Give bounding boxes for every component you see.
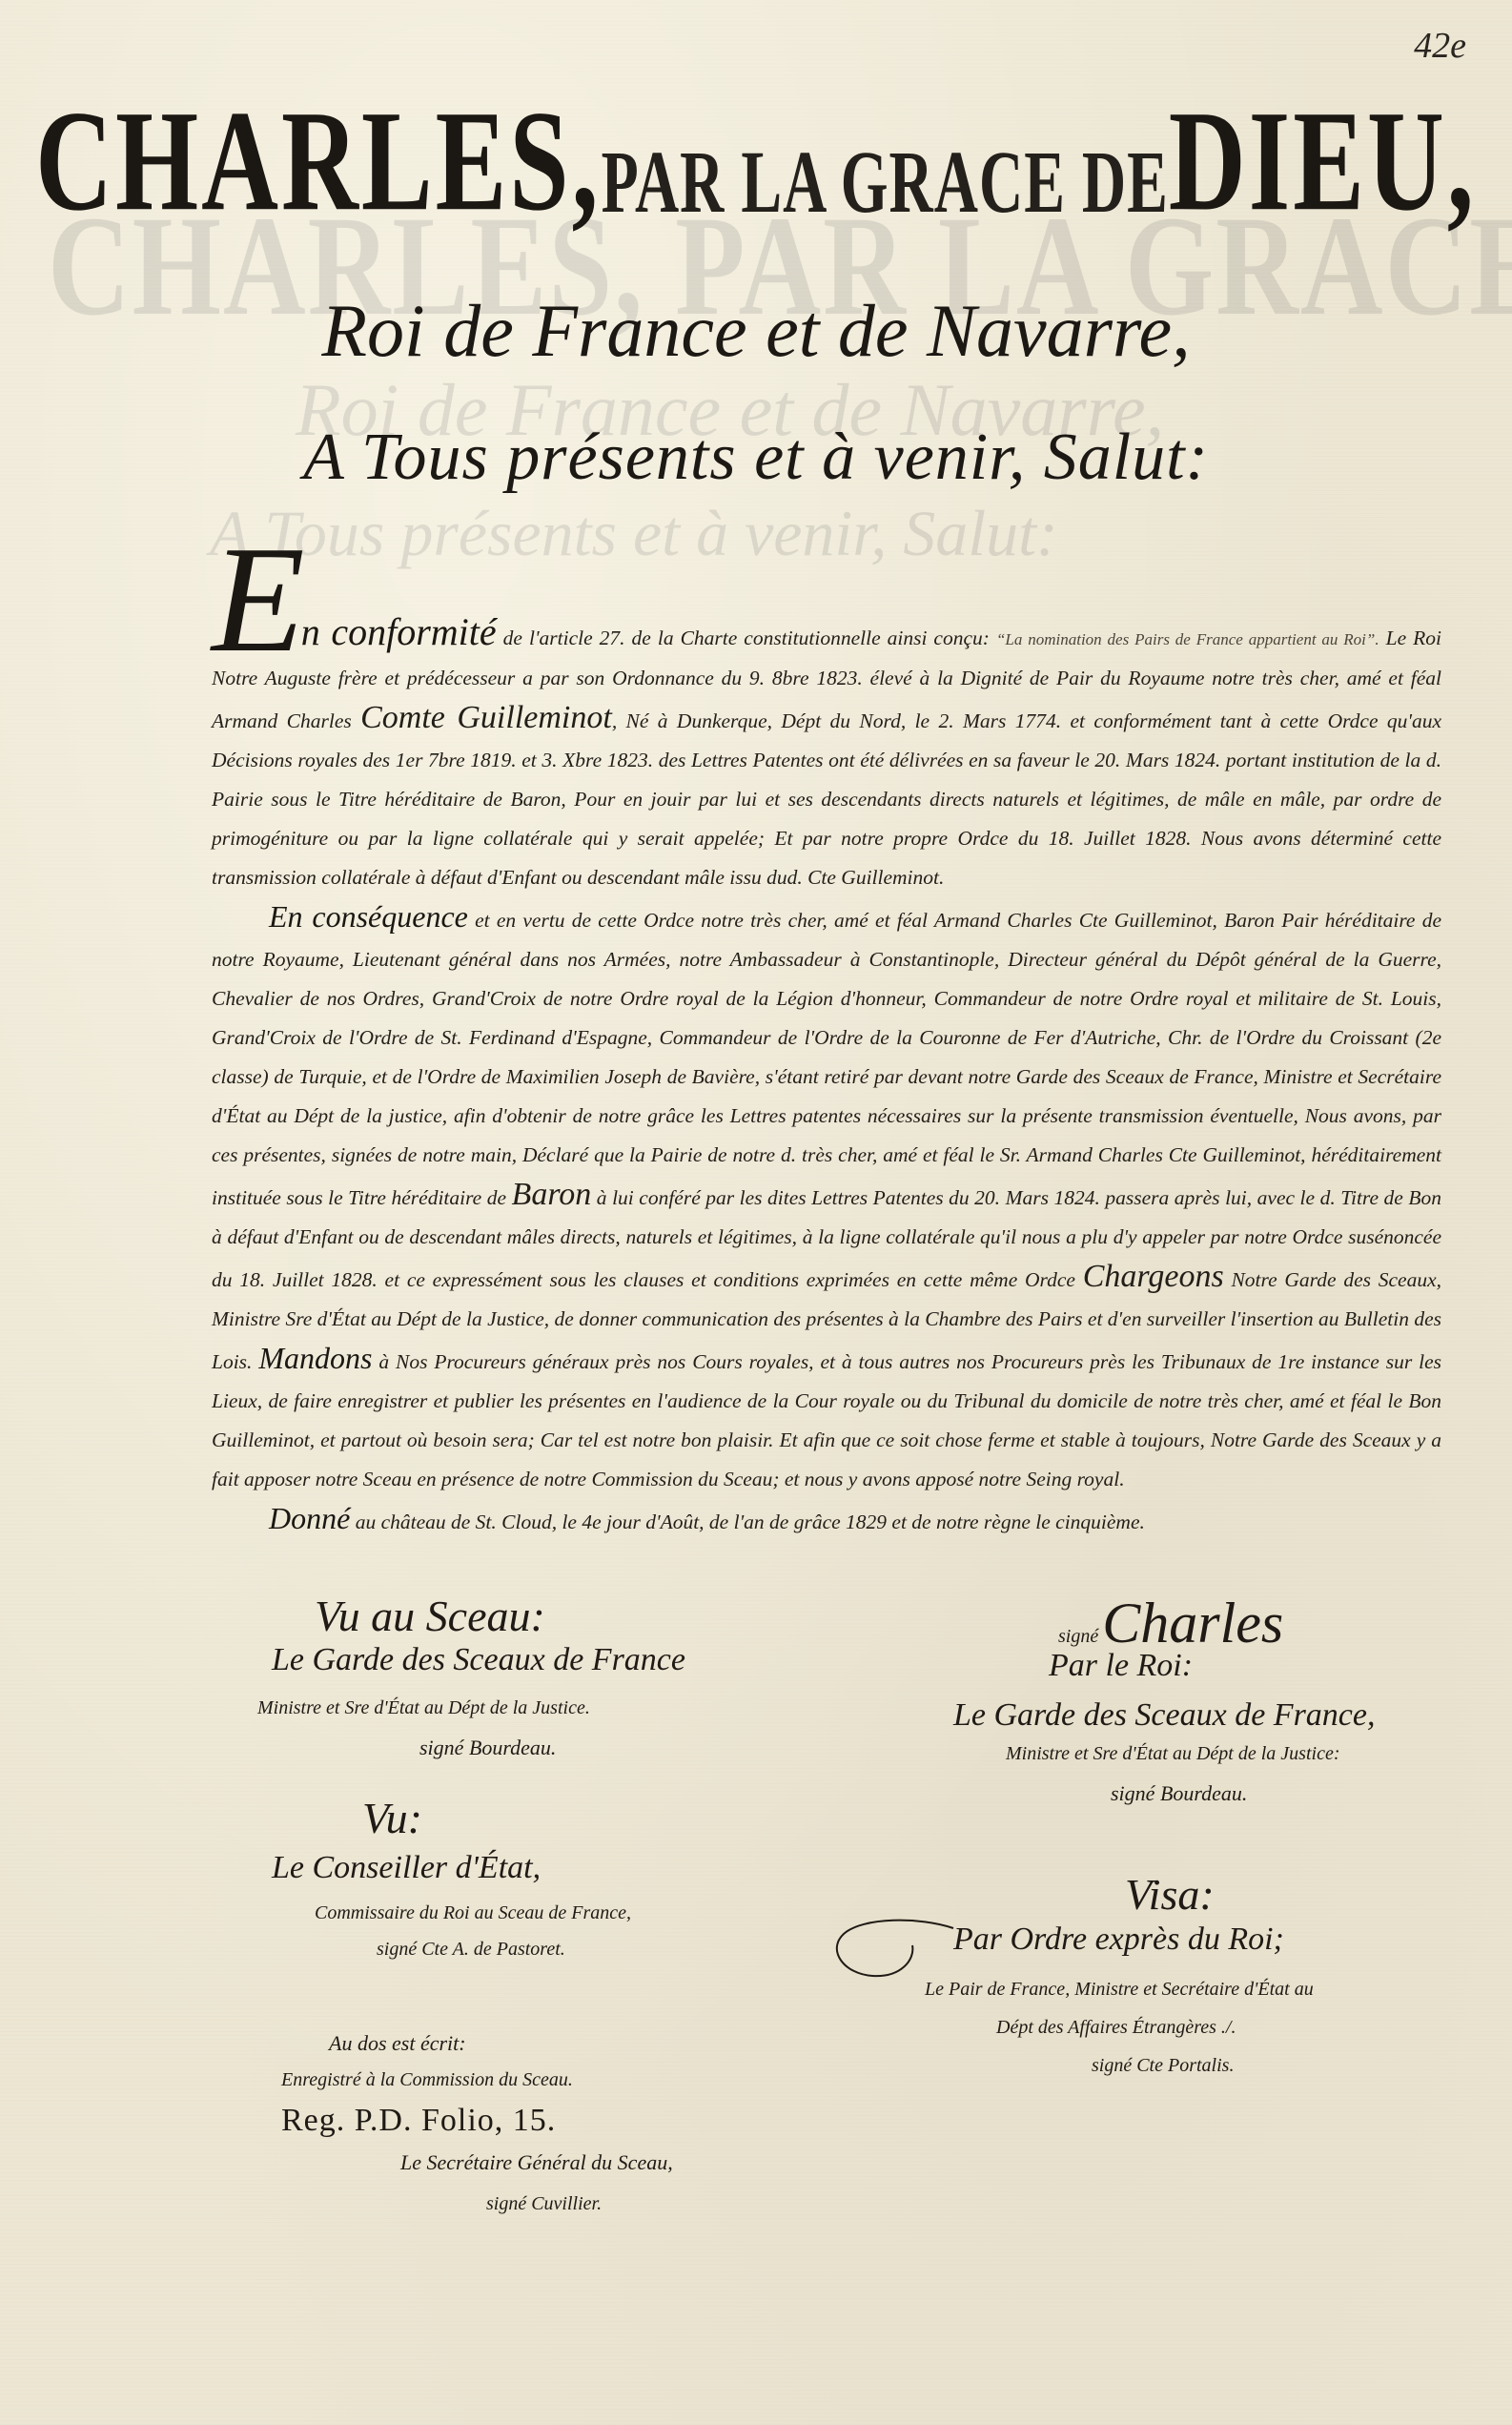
title-dieu: DIEU, [1169, 79, 1477, 245]
charter-quote: “La nomination des Pairs de France appar… [996, 630, 1379, 648]
au-dos-line1: Enregistré à la Commission du Sceau. [281, 2069, 573, 2091]
name-guilleminot: Comte Guilleminot [360, 700, 612, 735]
visa-line3: Dépt des Affaires Étrangères ./. [996, 2017, 1236, 2039]
body-text: à Nos Procureurs généraux près nos Cours… [212, 1350, 1441, 1490]
vu-au-sceau-heading: Vu au Sceau: [315, 1591, 545, 1641]
body-text: au château de St. Cloud, le 4e jour d'Ao… [350, 1510, 1145, 1533]
title-baron: Baron [512, 1177, 592, 1212]
vu-au-sceau-line2: Ministre et Sre d'État au Dépt de la Jus… [257, 1697, 590, 1719]
royal-subtitle: Roi de France et de Navarre, [0, 288, 1512, 374]
king-name: Charles [1102, 1592, 1283, 1654]
lead-words: n conformité [301, 610, 497, 653]
register-reference: Reg. P.D. Folio, 15. [281, 2103, 556, 2139]
vu-line1: Le Conseiller d'État, [272, 1850, 541, 1886]
vu-line2: Commissaire du Roi au Sceau de France, [315, 1902, 631, 1924]
king-countersignature: signé Bourdeau. [1111, 1781, 1247, 1806]
body-text: , Né à Dunkerque, Dépt du Nord, le 2. Ma… [212, 709, 1441, 889]
lead-words: Donné [269, 1501, 350, 1535]
manuscript-page: CHARLES, PAR LA GRACE DE DIEU, Roi de Fr… [0, 0, 1512, 2425]
chargeons-word: Chargeons [1083, 1259, 1224, 1294]
folio-number: 42e [1414, 25, 1466, 67]
par-le-roi: Par le Roi: [1049, 1648, 1193, 1684]
title-middle: PAR LA GRACE DE [602, 132, 1169, 234]
lead-words: En conséquence [269, 899, 468, 934]
paragraph-conformite: En conformité de l'article 27. de la Cha… [212, 593, 1441, 897]
title-charles: CHARLES, [35, 79, 601, 245]
royal-title: CHARLES, PAR LA GRACE DE DIEU, [0, 122, 1512, 245]
body-text: et en vertu de cette Ordce notre très ch… [212, 909, 1441, 1209]
dropcap-letter: E [212, 514, 305, 684]
paragraph-donne: Donné au château de St. Cloud, le 4e jou… [212, 1499, 1441, 1542]
paragraph-consequence: En conséquence et en vertu de cette Ordc… [212, 897, 1441, 1499]
mandons-word: Mandons [258, 1341, 372, 1375]
bleed-through-salutation: A Tous présents et à venir, Salut: [210, 496, 1058, 571]
flourish-ornament-icon [825, 1907, 958, 1993]
au-dos-signature: signé Cuvillier. [486, 2193, 602, 2215]
visa-line2: Le Pair de France, Ministre et Secrétair… [925, 1979, 1314, 2001]
letters-patent-body: En conformité de l'article 27. de la Cha… [212, 593, 1441, 1542]
body-text: de l'article 27. de la Charte constituti… [497, 627, 996, 649]
visa-heading: Visa: [1125, 1869, 1215, 1920]
au-dos-heading: Au dos est écrit: [329, 2031, 466, 2056]
king-line3: Ministre et Sre d'État au Dépt de la Jus… [1006, 1743, 1340, 1765]
vu-au-sceau-signature: signé Bourdeau. [419, 1736, 556, 1760]
vu-signature: signé Cte A. de Pastoret. [377, 1939, 565, 1961]
vu-heading: Vu: [362, 1793, 422, 1843]
salutation: A Tous présents et à venir, Salut: [0, 420, 1512, 496]
vu-au-sceau-line1: Le Garde des Sceaux de France [272, 1642, 685, 1678]
visa-signature: signé Cte Portalis. [1092, 2055, 1234, 2077]
au-dos-line2: Le Secrétaire Général du Sceau, [400, 2150, 673, 2175]
king-signature: signé Charles [1058, 1591, 1283, 1656]
visa-line1: Par Ordre exprès du Roi; [953, 1922, 1284, 1958]
king-line2: Le Garde des Sceaux de France, [953, 1697, 1375, 1734]
